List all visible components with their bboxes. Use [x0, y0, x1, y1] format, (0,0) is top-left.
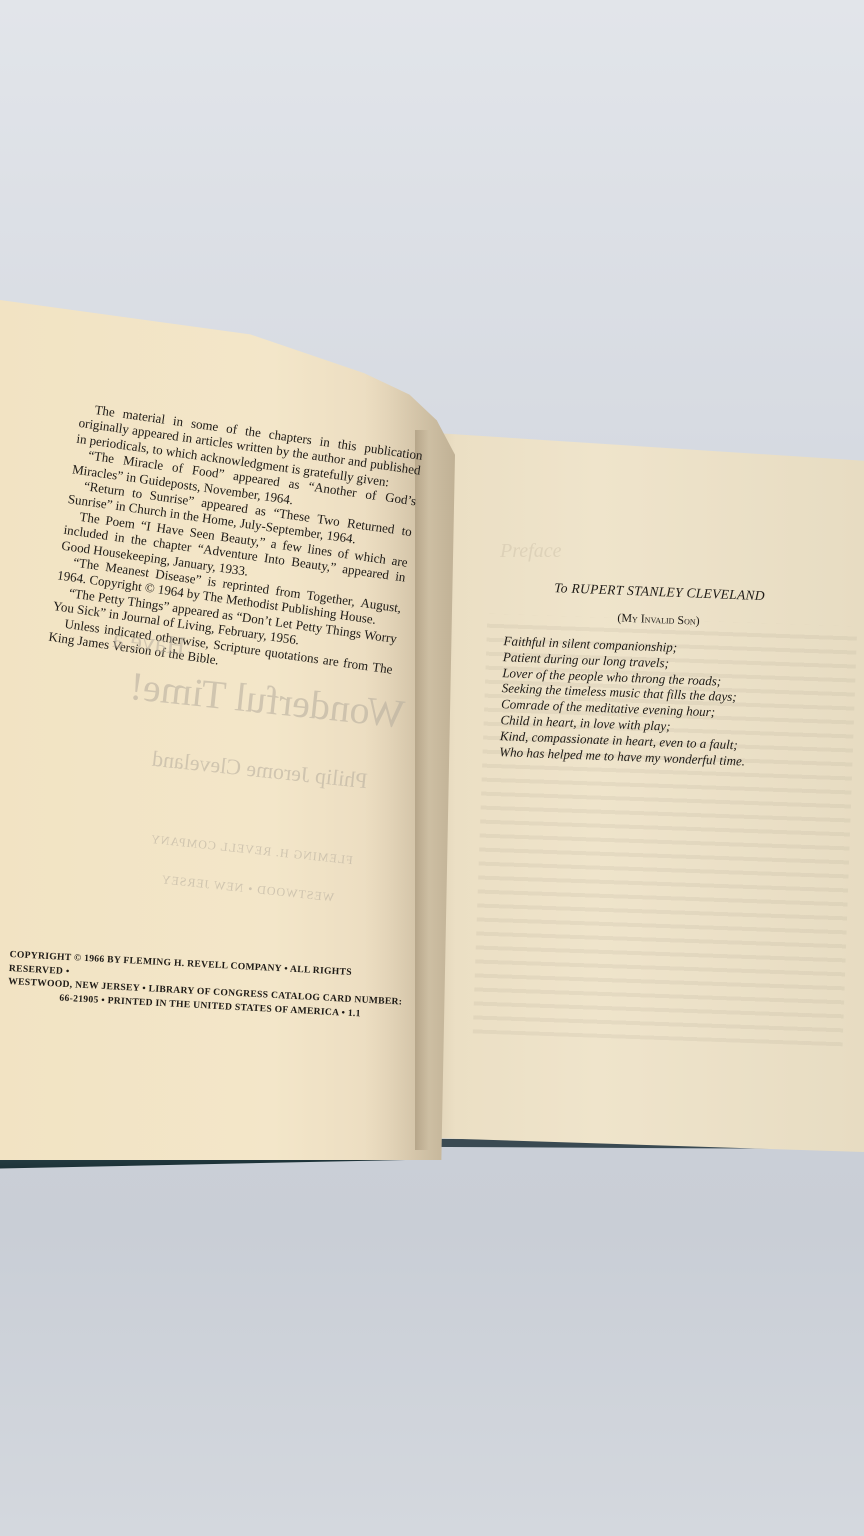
show-through-heading: Preface: [500, 540, 561, 563]
photo-scene: Preface The material in some of the chap…: [0, 0, 864, 1536]
dedication-subtitle: (My Invalid Son): [498, 606, 818, 633]
ghost-author: Philip Jerome Cleveland: [89, 739, 430, 800]
dedication-block: To RUPERT STANLEY CLEVELAND (My Invalid …: [493, 578, 820, 772]
show-through-title-page: Have a Wonderful Time! Philip Jerome Cle…: [77, 623, 442, 914]
ghost-publisher: FLEMING H. REVELL COMPANY: [82, 825, 422, 875]
dedication-poem: Faithful in silent companionship; Patien…: [493, 633, 818, 772]
